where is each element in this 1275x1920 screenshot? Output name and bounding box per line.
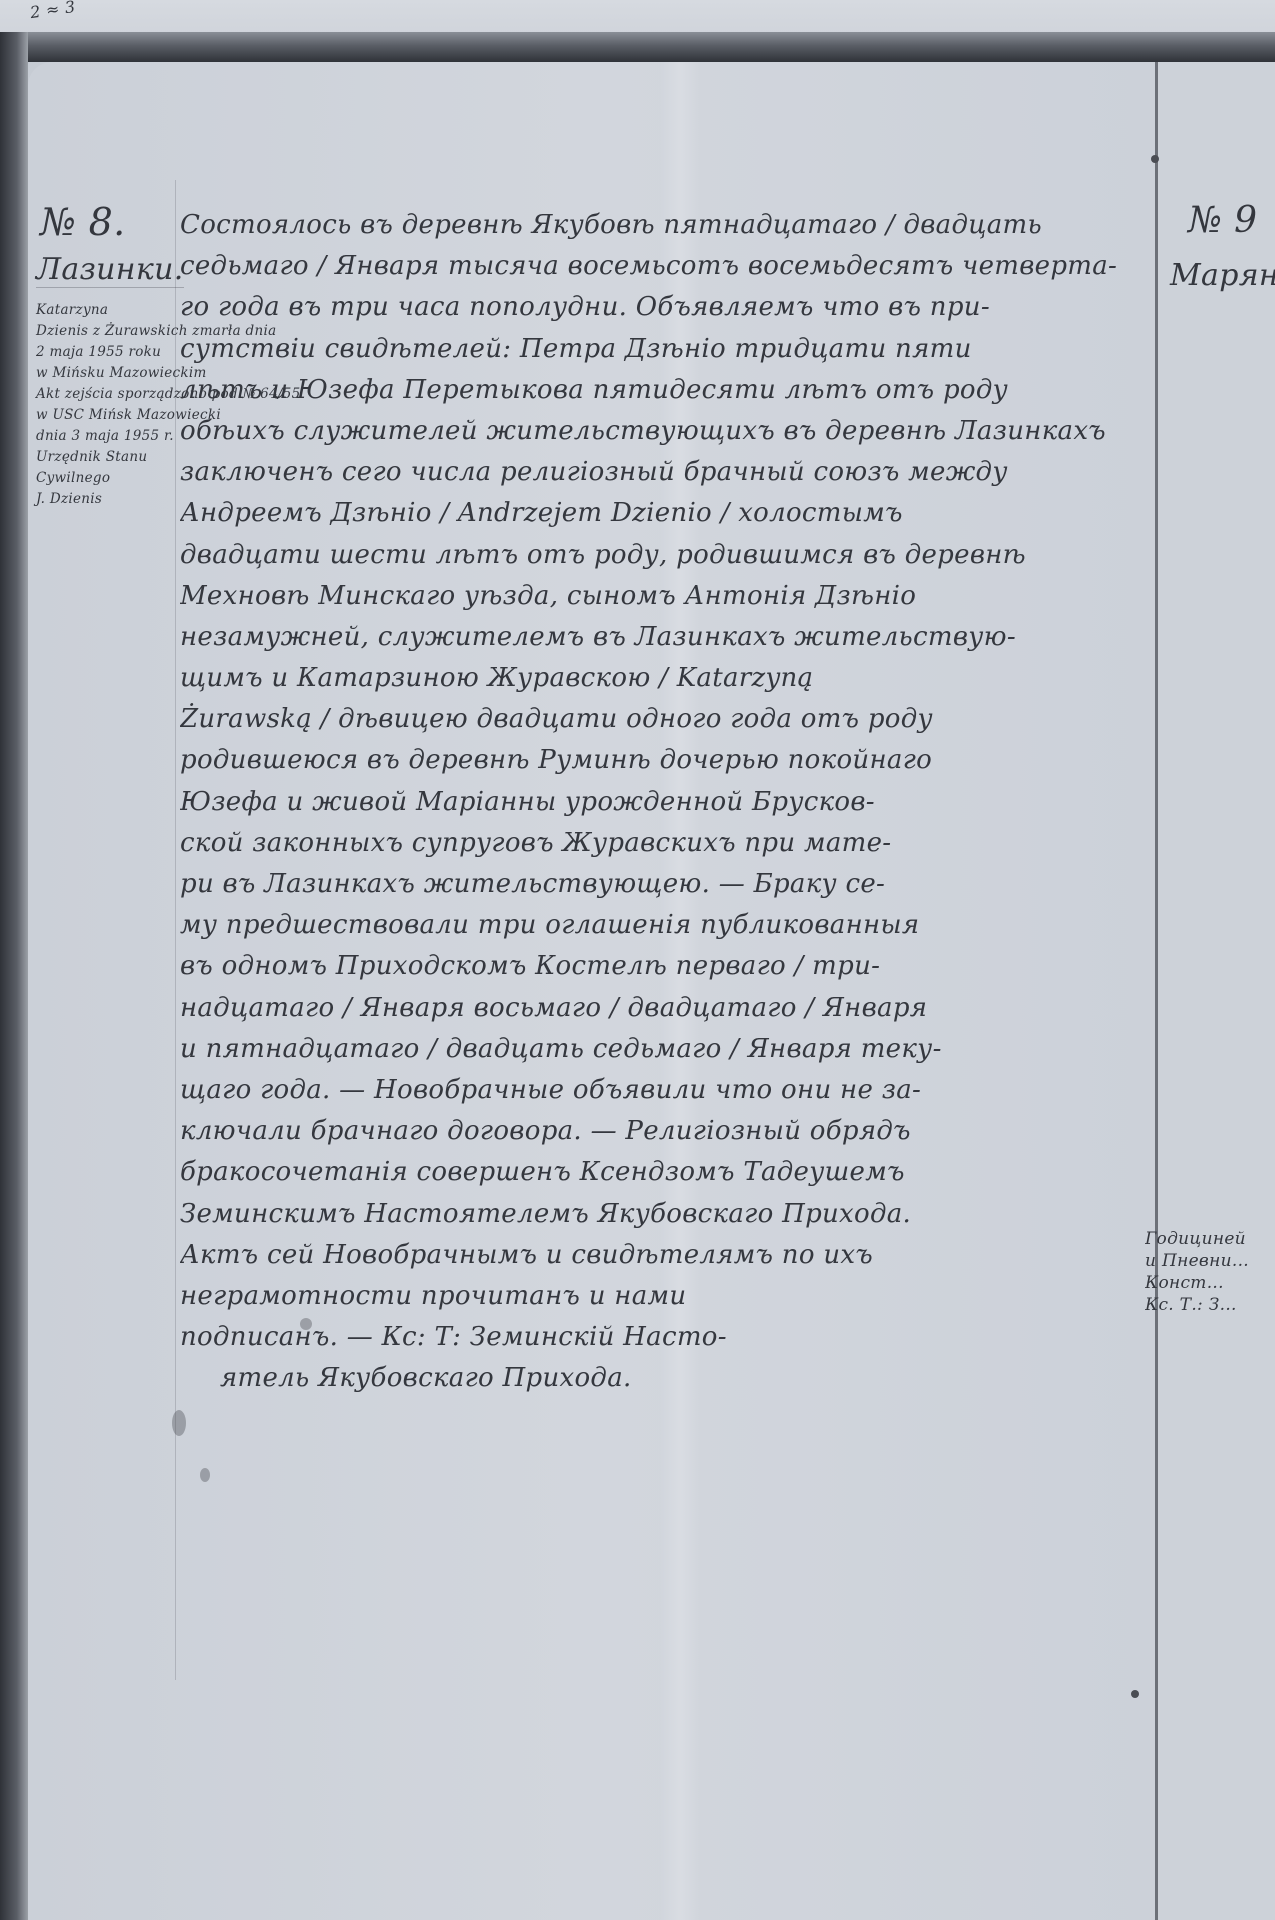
margin-note-line: J. Dzienis [36, 489, 186, 510]
adjacent-margin-annotation: Годициней и Пневни... Конст... Кс. Т.: З… [1145, 1228, 1275, 1316]
groom-name-line: Андреемъ Дзѣнiо / Andrzejem Dzienio / хо… [180, 493, 1150, 534]
body-line: и пятнадцатаго / двадцать седьмаго / Янв… [180, 1029, 1150, 1070]
margin-note-line: Cywilnego [36, 468, 186, 489]
margin-note-line: w Mińsku Mazowieckim [36, 363, 186, 384]
page-edge-rule [1155, 62, 1158, 1920]
body-line: незамужней, служителемъ въ Лазинкахъ жит… [180, 617, 1150, 658]
body-line: Мехновѣ Минскаго уѣзда, сыномъ Антонія Д… [180, 576, 1150, 617]
body-line: седьмаго / Января тысяча восемьсотъ восе… [180, 246, 1150, 287]
body-line: родившеюся въ деревнѣ Руминѣ дочерью пок… [180, 740, 1150, 781]
signature-line: ятель Якубовскаго Прихода. [180, 1358, 1150, 1399]
entry-number: № 8. [40, 200, 126, 244]
margin-note-line: w USC Mińsk Mazowiecki [36, 405, 186, 426]
body-line: ри въ Лазинкахъ жительствующею. — Браку … [180, 864, 1150, 905]
body-line: Юзефа и живой Маріанны урожденной Бруско… [180, 782, 1150, 823]
body-line: обѣихъ служителей жительствующихъ въ дер… [180, 411, 1150, 452]
page-frame-left-border [0, 32, 28, 1920]
body-line: Земинскимъ Настоятелемъ Якубовскаго Прих… [180, 1194, 1150, 1235]
village-name: Лазинки. [36, 252, 184, 288]
body-line: въ одномъ Приходскомъ Костелѣ перваго / … [180, 946, 1150, 987]
margin-note-line: Katarzyna [36, 300, 186, 321]
adjacent-note-line: Конст... [1145, 1272, 1275, 1294]
bride-name-line: щимъ и Катарзиною Журавскою / Katarzyną [180, 658, 1150, 699]
page-frame-top-border [0, 32, 1275, 62]
binding-hole [1151, 155, 1159, 163]
adjacent-entry-number: № 9 [1188, 200, 1257, 241]
ink-blot [200, 1468, 210, 1482]
body-line: двадцати шести лѣтъ отъ роду, родившимся… [180, 535, 1150, 576]
signature-line: подписанъ. — Кс: Т: Земинскій Насто- [180, 1317, 1150, 1358]
margin-note-line: dnia 3 maja 1955 r. [36, 426, 186, 447]
body-line: го года въ три часа пополудни. Объявляем… [180, 287, 1150, 328]
body-line: Актъ сей Новобрачнымъ и свидѣтелямъ по и… [180, 1235, 1150, 1276]
body-line: Состоялось въ деревнѣ Якубовѣ пятнадцата… [180, 205, 1150, 246]
body-line: бракосочетанія совершенъ Ксендзомъ Тадеу… [180, 1152, 1150, 1193]
body-line: заключенъ сего числа религіозный брачный… [180, 452, 1150, 493]
adjacent-village-name: Марян... [1170, 258, 1275, 293]
body-line: щаго года. — Новобрачные объявили что он… [180, 1070, 1150, 1111]
adjacent-page [1158, 62, 1275, 1920]
body-line: лѣтъ и Юзефа Перетыкова пятидесяти лѣтъ … [180, 370, 1150, 411]
adjacent-note-line: Годициней [1145, 1228, 1275, 1250]
ink-blot [172, 1410, 186, 1436]
body-line: ской законныхъ супруговъ Журавскихъ при … [180, 823, 1150, 864]
body-line: му предшествовали три оглашенія публиков… [180, 905, 1150, 946]
body-line: Żurawską / дѣвицею двадцати одного года … [180, 699, 1150, 740]
adjacent-note-line: и Пневни... [1145, 1250, 1275, 1272]
record-body: Состоялось въ деревнѣ Якубовѣ пятнадцата… [180, 205, 1150, 1399]
body-line: ключали брачнаго договора. — Религіозный… [180, 1111, 1150, 1152]
body-line: надцатаго / Января восьмаго / двадцатаго… [180, 988, 1150, 1029]
body-line: неграмотности прочитанъ и нами [180, 1276, 1150, 1317]
margin-note-line: Dzienis z Żurawskich zmarła dnia [36, 321, 186, 342]
margin-annotation: Katarzyna Dzienis z Żurawskich zmarła dn… [36, 300, 186, 510]
adjacent-note-line: Кс. Т.: З... [1145, 1294, 1275, 1316]
margin-note-line: Urzędnik Stanu [36, 447, 186, 468]
margin-note-line: 2 maja 1955 roku [36, 342, 186, 363]
binding-hole [1131, 1690, 1139, 1698]
margin-note-line: Akt zejścia sporządzono pod № 64/55 [36, 384, 186, 405]
body-line: сутствіи свидѣтелей: Петра Дзѣнiо тридца… [180, 329, 1150, 370]
